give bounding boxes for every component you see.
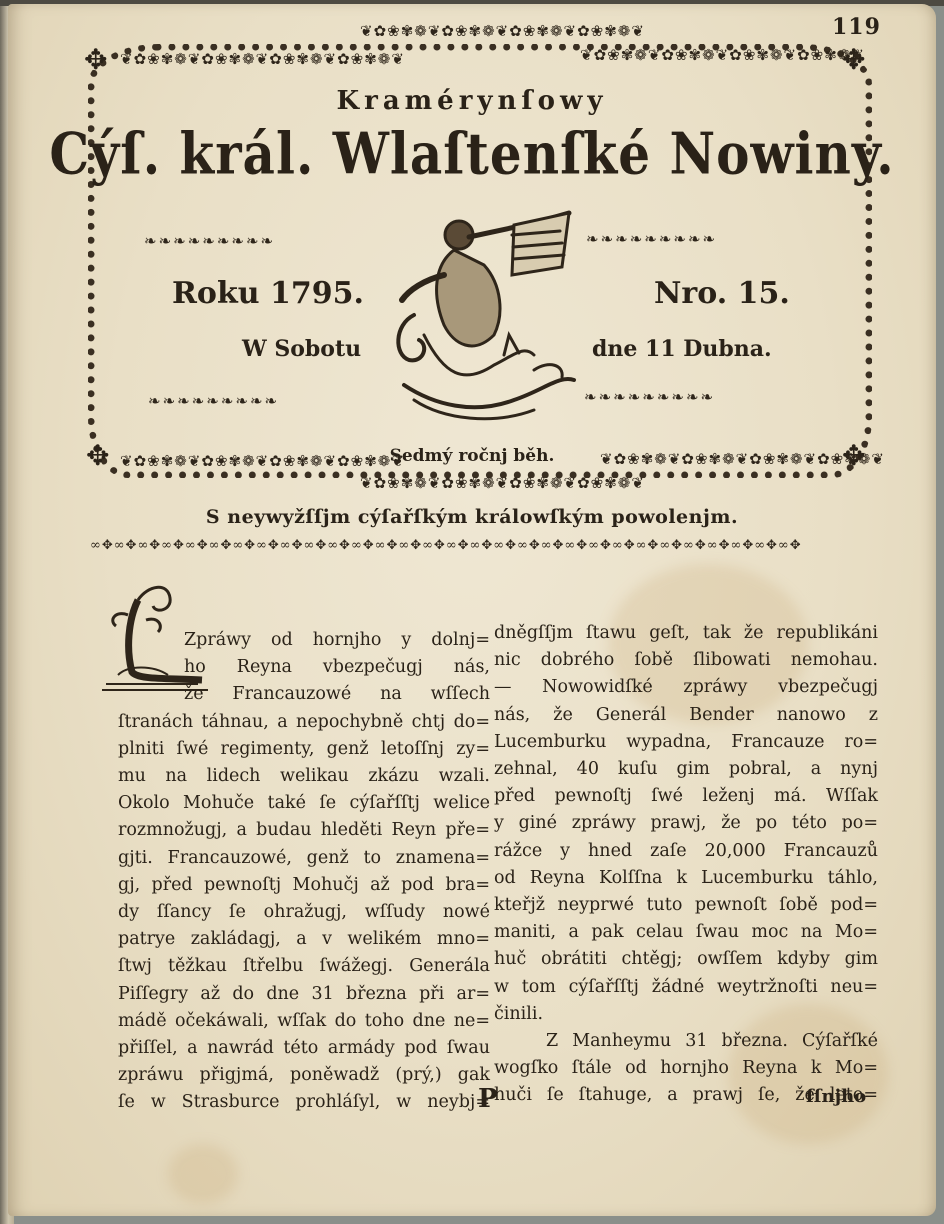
privilege-line: S neywyžſſjm cýſařſkým králowſkým powole… <box>0 506 944 528</box>
text-line: ſtwj těžkau ſtřelbu ſwážegj. Generála <box>118 953 490 980</box>
text-line: wogſko ſtále od hornjho Reyna k Mo= <box>494 1055 878 1082</box>
ornamental-divider: ∞✥∞✥∞✥∞✥∞✥∞✥∞✥∞✥∞✥∞✥∞✥∞✥∞✥∞✥∞✥∞✥∞✥∞✥∞✥∞✥… <box>90 538 874 553</box>
text-line: Okolo Mohuče také ſe cýſařſſtj welice <box>118 790 490 817</box>
text-line: dy ſſancy ſe ohražugj, wſſudy nowé <box>118 899 490 926</box>
rule-ornament: ❧❧❧❧❧❧❧❧❧ <box>586 230 717 248</box>
signature-mark: P <box>478 1084 498 1114</box>
text-line: Lucemburku wypadna, Francauze ro= <box>494 729 878 756</box>
text-line: ſe w Strasburce prohláſyl, w neybj= <box>118 1089 490 1116</box>
weekday-label: W Sobotu <box>242 336 361 362</box>
text-line: dněgſſjm ſtawu geſt, tak že republikáni <box>494 620 878 647</box>
trumpeter-emblem-icon <box>384 205 584 435</box>
top-vine-ornament: ❦✿❀✾❁❦✿❀✾❁❦✿❀✾❁❦✿❀✾❁❦ <box>360 22 645 40</box>
text-line: patrye zakládagj, a v welikém mno= <box>118 926 490 953</box>
paper-stain <box>168 1144 238 1204</box>
text-line: ſtranách táhnau, a nepochybně chtj do= <box>118 709 490 736</box>
text-line: nás, že Generál Bender nanowo z <box>494 702 878 729</box>
text-line: před pewnoſtj ſwé leženj má. Wſſak <box>494 783 878 810</box>
year-label: Roku 1795. <box>172 276 364 311</box>
text-line: kteřjž neyprwé tuto pewnoſt ſobě pod= <box>494 892 878 919</box>
rule-ornament: ❧❧❧❧❧❧❧❧❧ <box>144 232 275 250</box>
text-line: — Nowowidſké zpráwy vbezpečugj <box>494 674 878 701</box>
masthead-pretitle: Kramérynſowy <box>0 86 944 116</box>
text-line: ho Reyna vbezpečugj nás, <box>118 654 490 681</box>
text-line: rozmnožugj, a budau hleděti Reyn pře= <box>118 817 490 844</box>
text-line: w tom cýſařſſtj žádné weytržnoſti neu= <box>494 974 878 1001</box>
masthead-title: Cýſ. král. Wlaſtenſké Nowiny. <box>0 120 944 188</box>
top-vine-ornament: ❦✿❀✾❁❦✿❀✾❁❦✿❀✾❁❦✿❀✾❁❦ <box>120 50 405 68</box>
text-line: přiſſel, a nawrád této armády pod ſwau <box>118 1035 490 1062</box>
text-line: gj, před pewnoſtj Mohučj až pod bra= <box>118 872 490 899</box>
article-left-column: Zpráwy od hornjho y dolnj= ho Reyna vbez… <box>118 627 490 1117</box>
text-line: Zpráwy od hornjho y dolnj= <box>118 627 490 654</box>
text-line: y giné zpráwy prawj, že po této po= <box>494 810 878 837</box>
text-line: huč obrátiti chtěgj; owſſem kdyby gim <box>494 946 878 973</box>
text-line: Piſſegry až do dne 31 března při ar= <box>118 981 490 1008</box>
text-line: nic dobrého ſobě ſlibowati nemohau. <box>494 647 878 674</box>
corner-ornament-icon: ✥ <box>84 46 107 74</box>
article-right-column: dněgſſjm ſtawu geſt, tak že republikáni … <box>494 620 878 1110</box>
text-line: mádě očekáwali, wſſak do toho dne ne= <box>118 1008 490 1035</box>
catchword: ſſnjho <box>806 1086 866 1107</box>
text-line: plniti ſwé regimenty, genž letoſſnj zy= <box>118 736 490 763</box>
text-line: činili. <box>494 1001 878 1028</box>
rule-ornament: ❧❧❧❧❧❧❧❧❧ <box>584 388 715 406</box>
text-line: zehnal, 40 kuſu gim pobral, a nynj <box>494 756 878 783</box>
text-line: gjti. Francauzowé, genž to znamena= <box>118 845 490 872</box>
date-label: dne 11 Dubna. <box>592 336 772 362</box>
page-number: 119 <box>832 14 881 40</box>
bottom-vine-ornament: ❦✿❀✾❁❦✿❀✾❁❦✿❀✾❁❦✿❀✾❁❦ <box>360 474 645 492</box>
text-line: maniti, a pak celau ſwau moc na Mo= <box>494 919 878 946</box>
rule-ornament: ❧❧❧❧❧❧❧❧❧ <box>148 392 279 410</box>
text-line: mu na lidech welikau zkázu wzali. <box>118 763 490 790</box>
text-line: Z Manheymu 31 března. Cýſařſké <box>494 1028 878 1055</box>
issue-number: Nro. 15. <box>654 276 790 311</box>
text-line: rážce y hned zaſe 20,000 Francauzů <box>494 838 878 865</box>
volume-label: Sedmý ročnj běh. <box>0 446 944 466</box>
text-line: od Reyna Kolſſna k Lucemburku táhlo, <box>494 865 878 892</box>
text-line: že Francauzowé na wſſech <box>118 681 490 708</box>
text-line: zpráwu přigjmá, poněwadž (prý,) gak <box>118 1062 490 1089</box>
top-vine-ornament: ❦✿❀✾❁❦✿❀✾❁❦✿❀✾❁❦✿❀✾❁❦ <box>580 46 865 64</box>
